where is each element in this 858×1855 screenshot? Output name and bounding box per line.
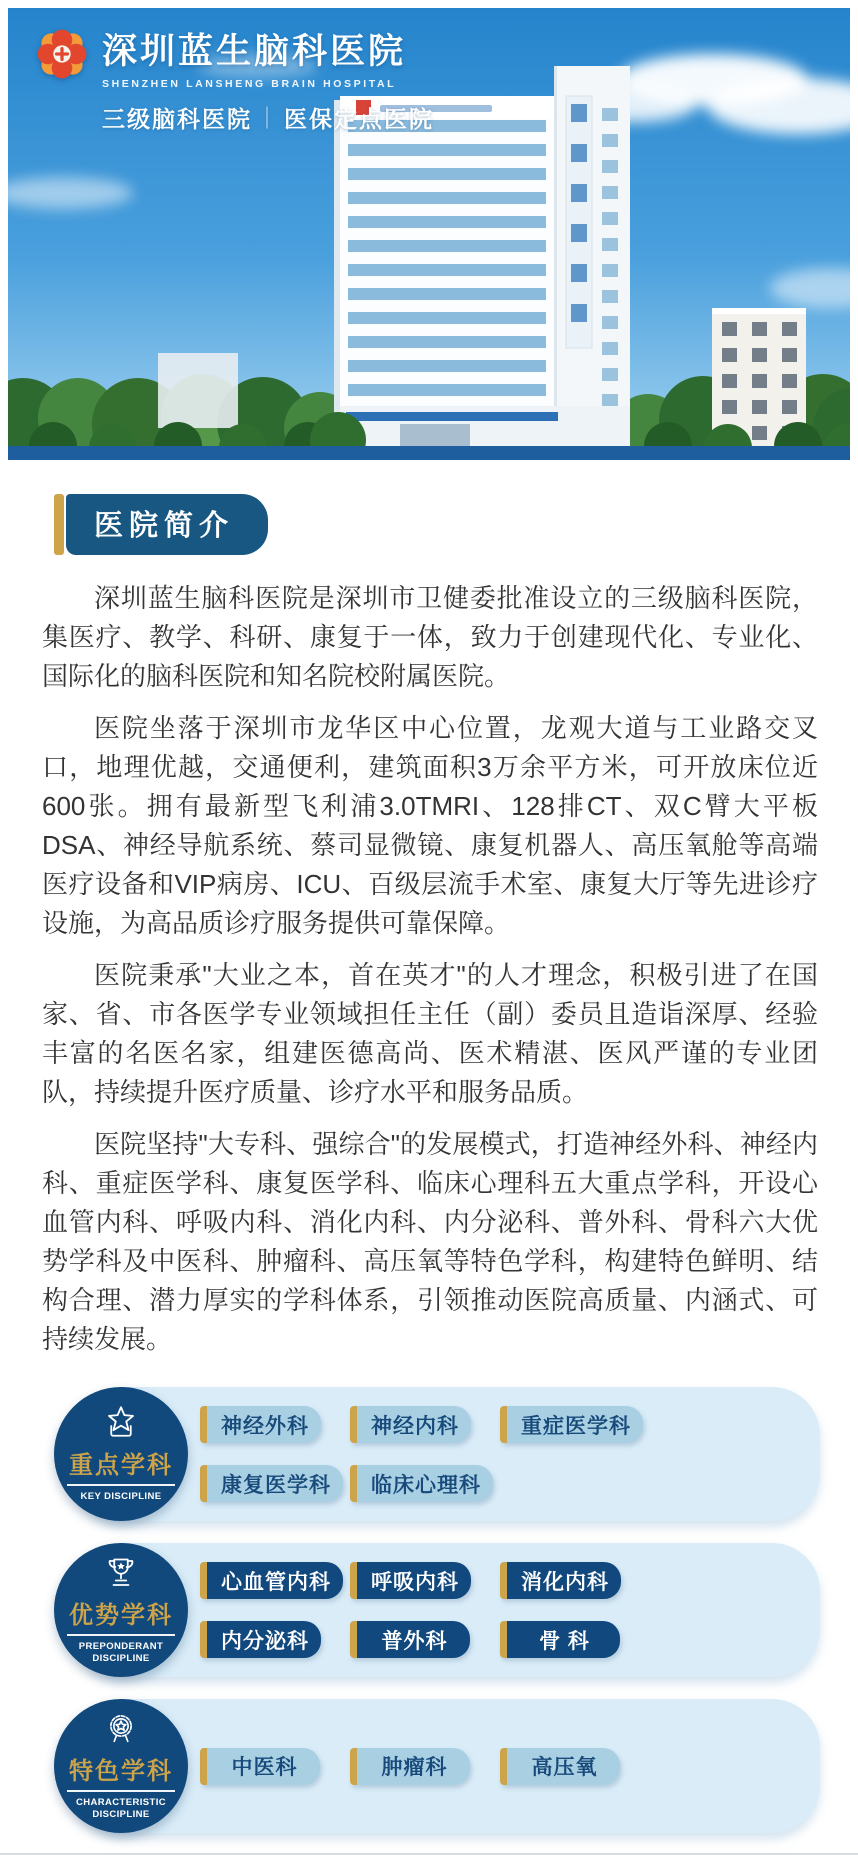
intro-paragraph: 深圳蓝生脑科医院是深圳市卫健委批准设立的三级脑科医院，集医疗、教学、科研、康复于… [42, 579, 818, 696]
discipline-tags: 心血管内科呼吸内科消化内科内分泌科普外科骨 科 [200, 1562, 796, 1658]
discipline-title: 特色学科 [67, 1749, 175, 1792]
banner-gold-bar [54, 494, 64, 555]
discipline-tag: 神经外科 [200, 1406, 321, 1443]
tagline-divider: ｜ [256, 102, 280, 133]
discipline-tag-row: 内分泌科普外科骨 科 [200, 1621, 796, 1658]
discipline-tag: 消化内科 [500, 1562, 621, 1599]
discipline-tag: 普外科 [350, 1621, 470, 1658]
medal-icon [103, 1711, 139, 1747]
hospital-flower-logo-icon [36, 28, 88, 80]
tagline-insurance: 医保定点医院 [284, 101, 434, 134]
discipline-tag-row: 神经外科神经内科重症医学科 [200, 1406, 796, 1443]
intro-paragraph: 医院坐落于深圳市龙华区中心位置，龙观大道与工业路交叉口，地理优越，交通便利，建筑… [42, 709, 818, 943]
discipline-tag: 中医科 [200, 1748, 320, 1785]
intro-paragraph: 医院秉承"大业之本，首在英才"的人才理念，积极引进了在国家、省、市各医学专业领域… [42, 956, 818, 1112]
discipline-tags: 神经外科神经内科重症医学科康复医学科临床心理科 [200, 1406, 796, 1502]
discipline-title: 重点学科 [67, 1443, 175, 1486]
trophy-icon [103, 1555, 139, 1591]
hospital-name-en: SHENZHEN LANSHENG BRAIN HOSPITAL [102, 78, 434, 90]
discipline-tag: 呼吸内科 [350, 1562, 471, 1599]
hospital-tagline: 三级脑科医院 ｜ 医保定点医院 [102, 101, 434, 134]
discipline-tag: 重症医学科 [500, 1406, 643, 1443]
discipline-title-en: KEY DISCIPLINE [67, 1491, 175, 1503]
discipline-title-en: PREPONDERANT DISCIPLINE [67, 1641, 175, 1665]
discipline-badge-key: 重点学科KEY DISCIPLINE [54, 1387, 188, 1521]
hospital-name: 深圳蓝生脑科医院 [102, 24, 434, 74]
discipline-section-key: 重点学科KEY DISCIPLINE神经外科神经内科重症医学科康复医学科临床心理… [76, 1387, 820, 1521]
intro-paragraph: 医院坚持"大专科、强综合"的发展模式，打造神经外科、神经内科、重症医学科、康复医… [42, 1125, 818, 1359]
discipline-tags: 中医科肿瘤科高压氧 [200, 1748, 796, 1785]
discipline-tag: 临床心理科 [350, 1465, 493, 1502]
discipline-tag: 康复医学科 [200, 1465, 343, 1502]
discipline-tag-row: 中医科肿瘤科高压氧 [200, 1748, 796, 1785]
tagline-level: 三级脑科医院 [102, 101, 252, 134]
discipline-tag: 高压氧 [500, 1748, 620, 1785]
hero-photo: 深圳蓝生脑科医院 SHENZHEN LANSHENG BRAIN HOSPITA… [8, 8, 850, 460]
discipline-tag: 内分泌科 [200, 1621, 321, 1658]
discipline-tag: 神经内科 [350, 1406, 471, 1443]
discipline-sections: 重点学科KEY DISCIPLINE神经外科神经内科重症医学科康复医学科临床心理… [0, 1387, 858, 1833]
section-title-banner: 医院简介 [54, 494, 268, 555]
discipline-tag: 骨 科 [500, 1621, 620, 1658]
star-award-icon [103, 1405, 139, 1441]
discipline-tag-row: 康复医学科临床心理科 [200, 1465, 796, 1502]
discipline-section-characteristic: 特色学科CHARACTERISTIC DISCIPLINE中医科肿瘤科高压氧 [76, 1699, 820, 1833]
page: 深圳蓝生脑科医院 SHENZHEN LANSHENG BRAIN HOSPITA… [0, 0, 858, 1855]
section-title: 医院简介 [66, 494, 268, 555]
discipline-badge-preponderant: 优势学科PREPONDERANT DISCIPLINE [54, 1543, 188, 1677]
discipline-tag: 心血管内科 [200, 1562, 343, 1599]
intro-paragraphs: 深圳蓝生脑科医院是深圳市卫健委批准设立的三级脑科医院，集医疗、教学、科研、康复于… [0, 579, 858, 1359]
discipline-tag-row: 心血管内科呼吸内科消化内科 [200, 1562, 796, 1599]
discipline-badge-characteristic: 特色学科CHARACTERISTIC DISCIPLINE [54, 1699, 188, 1833]
discipline-section-preponderant: 优势学科PREPONDERANT DISCIPLINE心血管内科呼吸内科消化内科… [76, 1543, 820, 1677]
discipline-title: 优势学科 [67, 1593, 175, 1636]
header: 深圳蓝生脑科医院 SHENZHEN LANSHENG BRAIN HOSPITA… [36, 24, 434, 134]
discipline-title-en: CHARACTERISTIC DISCIPLINE [67, 1797, 175, 1821]
discipline-tag: 肿瘤科 [350, 1748, 470, 1785]
